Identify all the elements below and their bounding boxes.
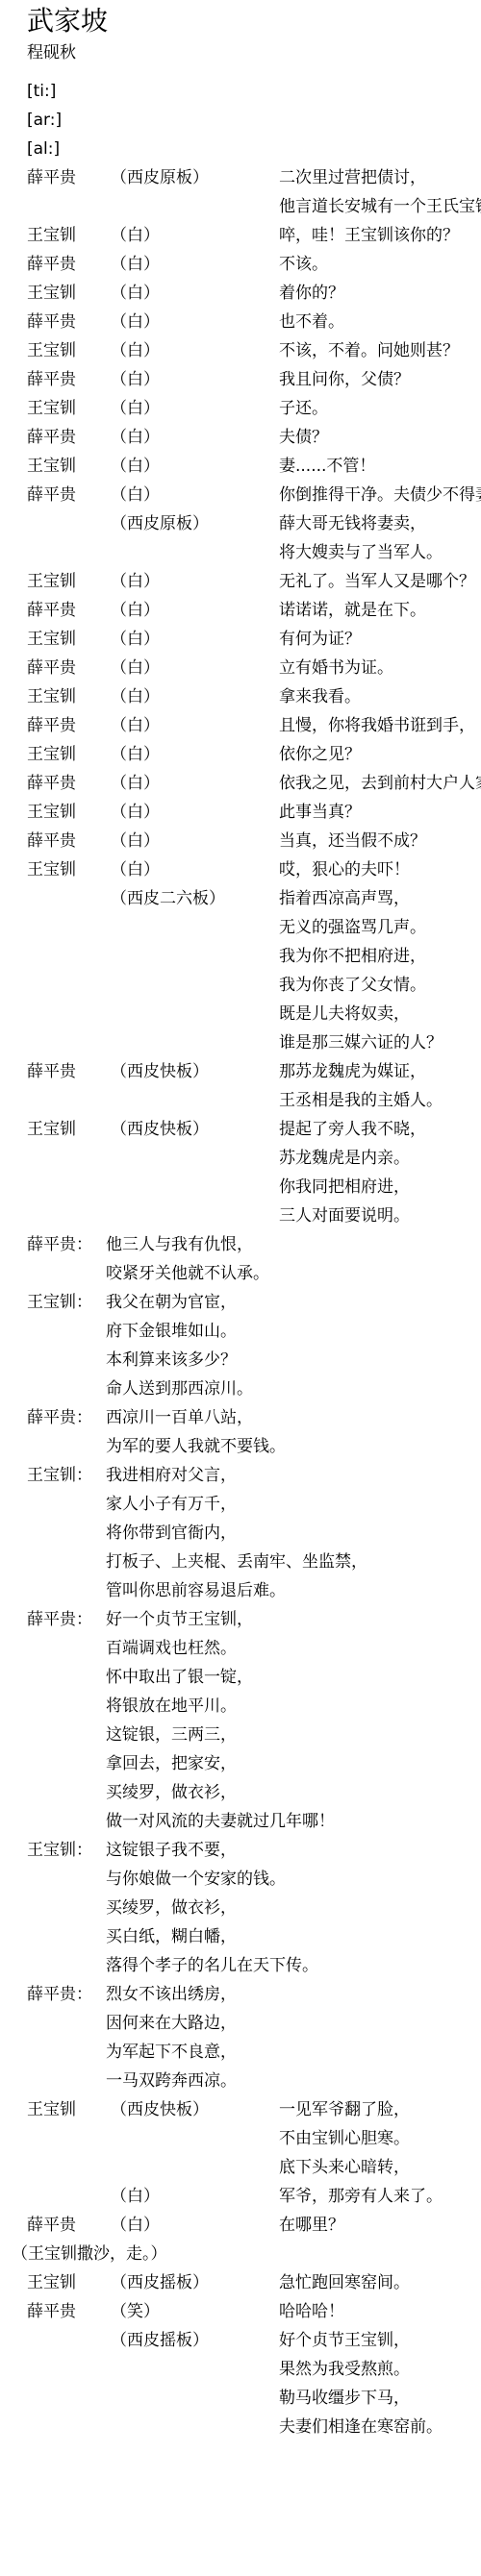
script-body: 薛平贵（西皮原板）二次里过营把债讨，他言道长安城有一个王氏宝钏，王宝钏（白）啐，…	[27, 163, 481, 2441]
speaker-name: 王宝钏	[27, 1115, 76, 1144]
line-text: 拿回去，把家安，	[106, 1749, 237, 1778]
stage-direction-line: （王宝钏撒沙，走。）	[27, 2240, 481, 2268]
line-text: 买绫罗，做衣衫，	[106, 1778, 237, 1807]
line-text: 不该。	[279, 250, 328, 279]
script-line: 做一对风流的夫妻就过几年哪！	[27, 1807, 481, 1836]
line-text: 咬紧牙关他就不认承。	[106, 1259, 269, 1288]
line-text: 哎，狠心的夫吓！	[279, 855, 410, 884]
script-line: 薛平贵（西皮原板）二次里过营把债讨，	[27, 163, 481, 192]
line-text: 做一对风流的夫妻就过几年哪！	[106, 1807, 335, 1836]
script-line: 命人送到那西凉川。	[27, 1375, 481, 1403]
script-line: 勒马收缰步下马，	[27, 2384, 481, 2413]
line-text: 谁是那三媒六证的人？	[279, 1028, 443, 1057]
line-text: 烈女不该出绣房，	[106, 1980, 237, 2009]
line-text: 一见军爷翻了脸，	[279, 2095, 410, 2124]
script-line: 王宝钏（西皮快板）一见军爷翻了脸，	[27, 2095, 481, 2124]
line-text: 将大嫂卖与了当军人。	[279, 538, 443, 567]
line-text: 当真，还当假不成？	[279, 827, 426, 855]
script-line: 王宝钏（白）哎，狠心的夫吓！	[27, 855, 481, 884]
script-line: 买绫罗，做衣衫，	[27, 1778, 481, 1807]
script-line: 打板子、上夹棍、丢南牢、坐监禁，	[27, 1548, 481, 1576]
author-name: 程砚秋	[27, 38, 481, 67]
script-line: 咬紧牙关他就不认承。	[27, 1259, 481, 1288]
script-line: 怀中取出了银一锭，	[27, 1663, 481, 1692]
delivery-style: （西皮快板）	[111, 1115, 209, 1144]
script-line: 将银放在地平川。	[27, 1692, 481, 1721]
delivery-style: （西皮快板）	[111, 1057, 209, 1086]
speaker-name: 薛平贵	[27, 308, 76, 336]
delivery-style: （白）	[111, 2182, 160, 2211]
delivery-style: （西皮二六板）	[111, 884, 225, 913]
speaker-name: 薛平贵	[27, 711, 76, 740]
script-line: 百端调戏也枉然。	[27, 1634, 481, 1663]
line-text: 我父在朝为官宦，	[106, 1288, 237, 1317]
speaker-name: 薛平贵	[27, 423, 76, 452]
line-text: 底下头来心暗转，	[279, 2153, 410, 2182]
script-line: 王宝钏（白）此事当真？	[27, 798, 481, 827]
script-line: 管叫你思前容易退后难。	[27, 1576, 481, 1605]
script-line: 夫妻们相逢在寒窑前。	[27, 2413, 481, 2441]
script-line: 王宝钏（白）啐，哇！王宝钏该你的？	[27, 221, 481, 250]
script-line: 薛平贵（笑）哈哈哈！	[27, 2297, 481, 2326]
line-text: 西凉川一百单八站，	[106, 1403, 253, 1432]
line-text: 一马双跨奔西凉。	[106, 2067, 237, 2095]
lyrics-page: 武家坡 程砚秋 [ti:][ar:][al:] 薛平贵（西皮原板）二次里过营把债…	[0, 0, 481, 2576]
line-text: 为军起下不良意，	[106, 2038, 237, 2067]
delivery-style: （西皮原板）	[111, 509, 209, 538]
delivery-style: （白）	[111, 279, 160, 308]
delivery-style: （白）	[111, 740, 160, 769]
script-line: 薛平贵（白）也不着。	[27, 308, 481, 336]
script-line: 薛平贵（白）且慢，你将我婚书诳到手，	[27, 711, 481, 740]
line-text: 为军的要人我就不要钱。	[106, 1432, 286, 1461]
lrc-meta-tag: [ar:]	[27, 106, 481, 135]
line-text: 你倒推得干净。夫债少不得妻还。	[279, 481, 481, 509]
line-text: 夫债？	[279, 423, 328, 452]
lrc-meta-tags: [ti:][ar:][al:]	[27, 77, 481, 163]
line-text: 这锭银子我不要，	[106, 1836, 237, 1865]
script-line: 与你娘做一个安家的钱。	[27, 1865, 481, 1894]
line-text: 果然为我受熬煎。	[279, 2355, 410, 2384]
line-text: 落得个孝子的名儿在天下传。	[106, 1951, 318, 1980]
delivery-style: （白）	[111, 567, 160, 596]
speaker-name: 王宝钏	[27, 452, 76, 481]
speaker-name: 薛平贵	[27, 1057, 76, 1086]
script-line: 薛平贵（白）依我之见，去到前村大户人家，	[27, 769, 481, 798]
script-line: （西皮摇板）好个贞节王宝钏，	[27, 2326, 481, 2355]
script-line: 王宝钏（白）有何为证？	[27, 625, 481, 654]
line-text: 既是儿夫将奴卖，	[279, 1000, 410, 1028]
line-text: 依我之见，去到前村大户人家，	[279, 769, 481, 798]
line-text: 买绫罗，做衣衫，	[106, 1894, 237, 1922]
script-line: 王宝钏：这锭银子我不要，	[27, 1836, 481, 1865]
speaker-name: 薛平贵	[27, 654, 76, 682]
delivery-style: （白）	[111, 423, 160, 452]
speaker-name: 王宝钏	[27, 336, 76, 365]
speaker-name: 王宝钏	[27, 2268, 76, 2297]
speaker-name: 薛平贵	[27, 2211, 76, 2240]
script-line: 王宝钏（白）不该，不着。问她则甚？	[27, 336, 481, 365]
delivery-style: （白）	[111, 682, 160, 711]
speaker-name: 薛平贵	[27, 827, 76, 855]
script-line: 王宝钏（白）依你之见？	[27, 740, 481, 769]
script-line: 既是儿夫将奴卖，	[27, 1000, 481, 1028]
script-line: 薛平贵（白）我且问你，父债？	[27, 365, 481, 394]
speaker-name: 王宝钏	[27, 567, 76, 596]
page-title: 武家坡	[27, 4, 481, 38]
speaker-name: 王宝钏	[27, 798, 76, 827]
speaker-name: 薛平贵：	[27, 1980, 92, 2009]
script-line: 我为你不把相府进，	[27, 942, 481, 971]
script-line: 我为你丧了父女情。	[27, 971, 481, 1000]
delivery-style: （白）	[111, 221, 160, 250]
line-text: 买白纸，糊白幡，	[106, 1922, 237, 1951]
speaker-name: 王宝钏	[27, 2095, 76, 2124]
line-text: 这锭银，三两三，	[106, 1721, 237, 1749]
line-text: 本利算来该多少？	[106, 1346, 237, 1375]
line-text: 诺诺诺，就是在下。	[279, 596, 426, 625]
delivery-style: （白）	[111, 250, 160, 279]
line-text: 我为你丧了父女情。	[279, 971, 426, 1000]
script-line: 他言道长安城有一个王氏宝钏，	[27, 192, 481, 221]
line-text: （王宝钏撒沙，走。）	[12, 2240, 167, 2268]
line-text: 立有婚书为证。	[279, 654, 393, 682]
delivery-style: （西皮摇板）	[111, 2326, 209, 2355]
speaker-name: 薛平贵	[27, 481, 76, 509]
script-line: 王宝钏（白）着你的？	[27, 279, 481, 308]
line-text: 有何为证？	[279, 625, 361, 654]
delivery-style: （西皮原板）	[111, 163, 209, 192]
line-text: 提起了旁人我不晓，	[279, 1115, 426, 1144]
speaker-name: 王宝钏	[27, 279, 76, 308]
script-line: 王宝钏（白）子还。	[27, 394, 481, 423]
speaker-name: 王宝钏	[27, 682, 76, 711]
script-line: 王宝钏（白）无礼了。当军人又是哪个？	[27, 567, 481, 596]
script-line: 苏龙魏虎是内亲。	[27, 1144, 481, 1173]
script-line: 王宝钏（西皮快板）提起了旁人我不晓，	[27, 1115, 481, 1144]
line-text: 在哪里？	[279, 2211, 344, 2240]
lrc-meta-tag: [al:]	[27, 135, 481, 163]
delivery-style: （白）	[111, 394, 160, 423]
delivery-style: （白）	[111, 481, 160, 509]
line-text: 三人对面要说明。	[279, 1201, 410, 1230]
speaker-name: 薛平贵：	[27, 1605, 92, 1634]
line-text: 二次里过营把债讨，	[279, 163, 426, 192]
line-text: 那苏龙魏虎为媒证，	[279, 1057, 426, 1086]
script-line: 薛平贵（白）你倒推得干净。夫债少不得妻还。	[27, 481, 481, 509]
line-text: 哈哈哈！	[279, 2297, 344, 2326]
speaker-name: 王宝钏	[27, 221, 76, 250]
line-text: 着你的？	[279, 279, 344, 308]
line-text: 好个贞节王宝钏，	[279, 2326, 410, 2355]
line-text: 王丞相是我的主婚人。	[279, 1086, 443, 1115]
speaker-name: 薛平贵	[27, 596, 76, 625]
script-line: 这锭银，三两三，	[27, 1721, 481, 1749]
delivery-style: （白）	[111, 2211, 160, 2240]
line-text: 也不着。	[279, 308, 344, 336]
script-line: 买绫罗，做衣衫，	[27, 1894, 481, 1922]
line-text: 与你娘做一个安家的钱。	[106, 1865, 286, 1894]
delivery-style: （白）	[111, 769, 160, 798]
script-line: 王丞相是我的主婚人。	[27, 1086, 481, 1115]
speaker-name: 薛平贵	[27, 250, 76, 279]
speaker-name: 薛平贵：	[27, 1230, 92, 1259]
script-line: 一马双跨奔西凉。	[27, 2067, 481, 2095]
script-line: 王宝钏（白）妻......不管！	[27, 452, 481, 481]
line-text: 管叫你思前容易退后难。	[106, 1576, 286, 1605]
line-text: 怀中取出了银一锭，	[106, 1663, 253, 1692]
line-text: 打板子、上夹棍、丢南牢、坐监禁，	[106, 1548, 367, 1576]
line-text: 苏龙魏虎是内亲。	[279, 1144, 410, 1173]
script-line: 不由宝钏心胆寒。	[27, 2124, 481, 2153]
line-text: 因何来在大路边，	[106, 2009, 237, 2038]
delivery-style: （白）	[111, 365, 160, 394]
line-text: 此事当真？	[279, 798, 361, 827]
script-line: 王宝钏：我进相府对父言，	[27, 1461, 481, 1490]
speaker-name: 薛平贵	[27, 163, 76, 192]
script-line: 谁是那三媒六证的人？	[27, 1028, 481, 1057]
speaker-name: 王宝钏	[27, 855, 76, 884]
delivery-style: （白）	[111, 855, 160, 884]
script-line: 将大嫂卖与了当军人。	[27, 538, 481, 567]
script-line: 本利算来该多少？	[27, 1346, 481, 1375]
speaker-name: 王宝钏：	[27, 1836, 92, 1865]
script-line: 府下金银堆如山。	[27, 1317, 481, 1346]
line-text: 他言道长安城有一个王氏宝钏，	[279, 192, 481, 221]
script-line: 王宝钏：我父在朝为官宦，	[27, 1288, 481, 1317]
script-line: 薛平贵（白）在哪里？	[27, 2211, 481, 2240]
script-line: 因何来在大路边，	[27, 2009, 481, 2038]
script-line: 薛平贵（白）诺诺诺，就是在下。	[27, 596, 481, 625]
delivery-style: （白）	[111, 654, 160, 682]
script-line: 薛平贵：他三人与我有仇恨，	[27, 1230, 481, 1259]
delivery-style: （白）	[111, 625, 160, 654]
line-text: 夫妻们相逢在寒窑前。	[279, 2413, 443, 2441]
lrc-meta-tag: [ti:]	[27, 77, 481, 106]
script-line: 王宝钏（白）拿来我看。	[27, 682, 481, 711]
line-text: 命人送到那西凉川。	[106, 1375, 253, 1403]
delivery-style: （白）	[111, 827, 160, 855]
speaker-name: 薛平贵	[27, 365, 76, 394]
script-line: （白）军爷，那旁有人来了。	[27, 2182, 481, 2211]
line-text: 指着西凉高声骂，	[279, 884, 410, 913]
speaker-name: 王宝钏：	[27, 1461, 92, 1490]
line-text: 将银放在地平川。	[106, 1692, 237, 1721]
script-line: 拿回去，把家安，	[27, 1749, 481, 1778]
line-text: 将你带到官衙内，	[106, 1519, 237, 1548]
script-line: 为军起下不良意，	[27, 2038, 481, 2067]
line-text: 我且问你，父债？	[279, 365, 410, 394]
script-line: 薛平贵：西凉川一百单八站，	[27, 1403, 481, 1432]
line-text: 急忙跑回寒窑间。	[279, 2268, 410, 2297]
script-line: 底下头来心暗转，	[27, 2153, 481, 2182]
script-line: 落得个孝子的名儿在天下传。	[27, 1951, 481, 1980]
line-text: 府下金银堆如山。	[106, 1317, 237, 1346]
script-line: 家人小子有万千，	[27, 1490, 481, 1519]
script-line: （西皮二六板）指着西凉高声骂，	[27, 884, 481, 913]
speaker-name: 薛平贵：	[27, 1403, 92, 1432]
line-text: 子还。	[279, 394, 328, 423]
delivery-style: （白）	[111, 308, 160, 336]
script-line: 薛平贵（白）夫债？	[27, 423, 481, 452]
line-text: 勒马收缰步下马，	[279, 2384, 410, 2413]
line-text: 薛大哥无钱将妻卖，	[279, 509, 426, 538]
script-line: 三人对面要说明。	[27, 1201, 481, 1230]
speaker-name: 王宝钏：	[27, 1288, 92, 1317]
line-text: 无礼了。当军人又是哪个？	[279, 567, 475, 596]
line-text: 拿来我看。	[279, 682, 361, 711]
script-line: 为军的要人我就不要钱。	[27, 1432, 481, 1461]
delivery-style: （西皮摇板）	[111, 2268, 209, 2297]
script-line: 薛平贵（西皮快板）那苏龙魏虎为媒证，	[27, 1057, 481, 1086]
speaker-name: 王宝钏	[27, 740, 76, 769]
line-text: 我进相府对父言，	[106, 1461, 237, 1490]
speaker-name: 王宝钏	[27, 625, 76, 654]
line-text: 他三人与我有仇恨，	[106, 1230, 253, 1259]
line-text: 且慢，你将我婚书诳到手，	[279, 711, 475, 740]
script-line: 将你带到官衙内，	[27, 1519, 481, 1548]
line-text: 依你之见？	[279, 740, 361, 769]
line-text: 啐，哇！王宝钏该你的？	[279, 221, 459, 250]
line-text: 你我同把相府进，	[279, 1173, 410, 1201]
script-line: （西皮原板）薛大哥无钱将妻卖，	[27, 509, 481, 538]
script-line: 果然为我受熬煎。	[27, 2355, 481, 2384]
script-line: 你我同把相府进，	[27, 1173, 481, 1201]
script-line: 薛平贵（白）当真，还当假不成？	[27, 827, 481, 855]
line-text: 我为你不把相府进，	[279, 942, 426, 971]
delivery-style: （白）	[111, 336, 160, 365]
script-line: 王宝钏（西皮摇板）急忙跑回寒窑间。	[27, 2268, 481, 2297]
speaker-name: 薛平贵	[27, 769, 76, 798]
delivery-style: （白）	[111, 711, 160, 740]
line-text: 军爷，那旁有人来了。	[279, 2182, 443, 2211]
delivery-style: （白）	[111, 452, 160, 481]
line-text: 无义的强盗骂几声。	[279, 913, 426, 942]
delivery-style: （笑）	[111, 2297, 160, 2326]
script-line: 薛平贵（白）立有婚书为证。	[27, 654, 481, 682]
script-line: 买白纸，糊白幡，	[27, 1922, 481, 1951]
speaker-name: 王宝钏	[27, 394, 76, 423]
delivery-style: （西皮快板）	[111, 2095, 209, 2124]
delivery-style: （白）	[111, 798, 160, 827]
line-text: 好一个贞节王宝钏，	[106, 1605, 253, 1634]
script-line: 薛平贵：烈女不该出绣房，	[27, 1980, 481, 2009]
line-text: 家人小子有万千，	[106, 1490, 237, 1519]
line-text: 百端调戏也枉然。	[106, 1634, 237, 1663]
script-line: 无义的强盗骂几声。	[27, 913, 481, 942]
script-line: 薛平贵（白）不该。	[27, 250, 481, 279]
line-text: 不该，不着。问她则甚？	[279, 336, 459, 365]
speaker-name: 薛平贵	[27, 2297, 76, 2326]
script-line: 薛平贵：好一个贞节王宝钏，	[27, 1605, 481, 1634]
delivery-style: （白）	[111, 596, 160, 625]
line-text: 妻......不管！	[279, 452, 375, 481]
line-text: 不由宝钏心胆寒。	[279, 2124, 410, 2153]
